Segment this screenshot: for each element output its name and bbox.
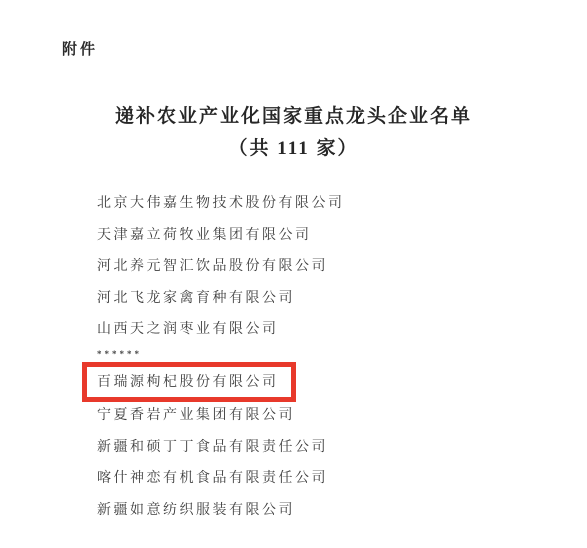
highlighted-row-wrap: 百瑞源枸杞股份有限公司 bbox=[82, 362, 537, 402]
company-row: 北京大伟嘉生物技术股份有限公司 bbox=[97, 196, 537, 211]
company-row: 喀什神恋有机食品有限责任公司 bbox=[97, 471, 537, 486]
highlighted-company-name: 百瑞源枸杞股份有限公司 bbox=[97, 375, 279, 390]
red-highlight-box: 百瑞源枸杞股份有限公司 bbox=[82, 362, 296, 402]
company-row: 新疆如意纺织服装有限公司 bbox=[97, 503, 537, 518]
document-subtitle: （共 111 家） bbox=[0, 133, 587, 160]
company-row: 天津嘉立荷牧业集团有限公司 bbox=[97, 228, 537, 243]
document-page: 附件 递补农业产业化国家重点龙头企业名单 （共 111 家） 北京大伟嘉生物技术… bbox=[0, 0, 587, 548]
company-row: 河北养元智汇饮品股份有限公司 bbox=[97, 259, 537, 274]
document-title: 递补农业产业化国家重点龙头企业名单 bbox=[0, 101, 587, 128]
company-row: 新疆和硕丁丁食品有限责任公司 bbox=[97, 440, 537, 455]
company-row: 宁夏香岩产业集团有限公司 bbox=[97, 408, 537, 423]
company-list: 北京大伟嘉生物技术股份有限公司 天津嘉立荷牧业集团有限公司 河北养元智汇饮品股份… bbox=[97, 196, 537, 518]
ellipsis-row: ****** bbox=[97, 350, 537, 358]
company-row: 河北飞龙家禽育种有限公司 bbox=[97, 291, 537, 306]
attachment-label: 附件 bbox=[62, 38, 98, 59]
company-row: 山西天之润枣业有限公司 bbox=[97, 322, 537, 337]
